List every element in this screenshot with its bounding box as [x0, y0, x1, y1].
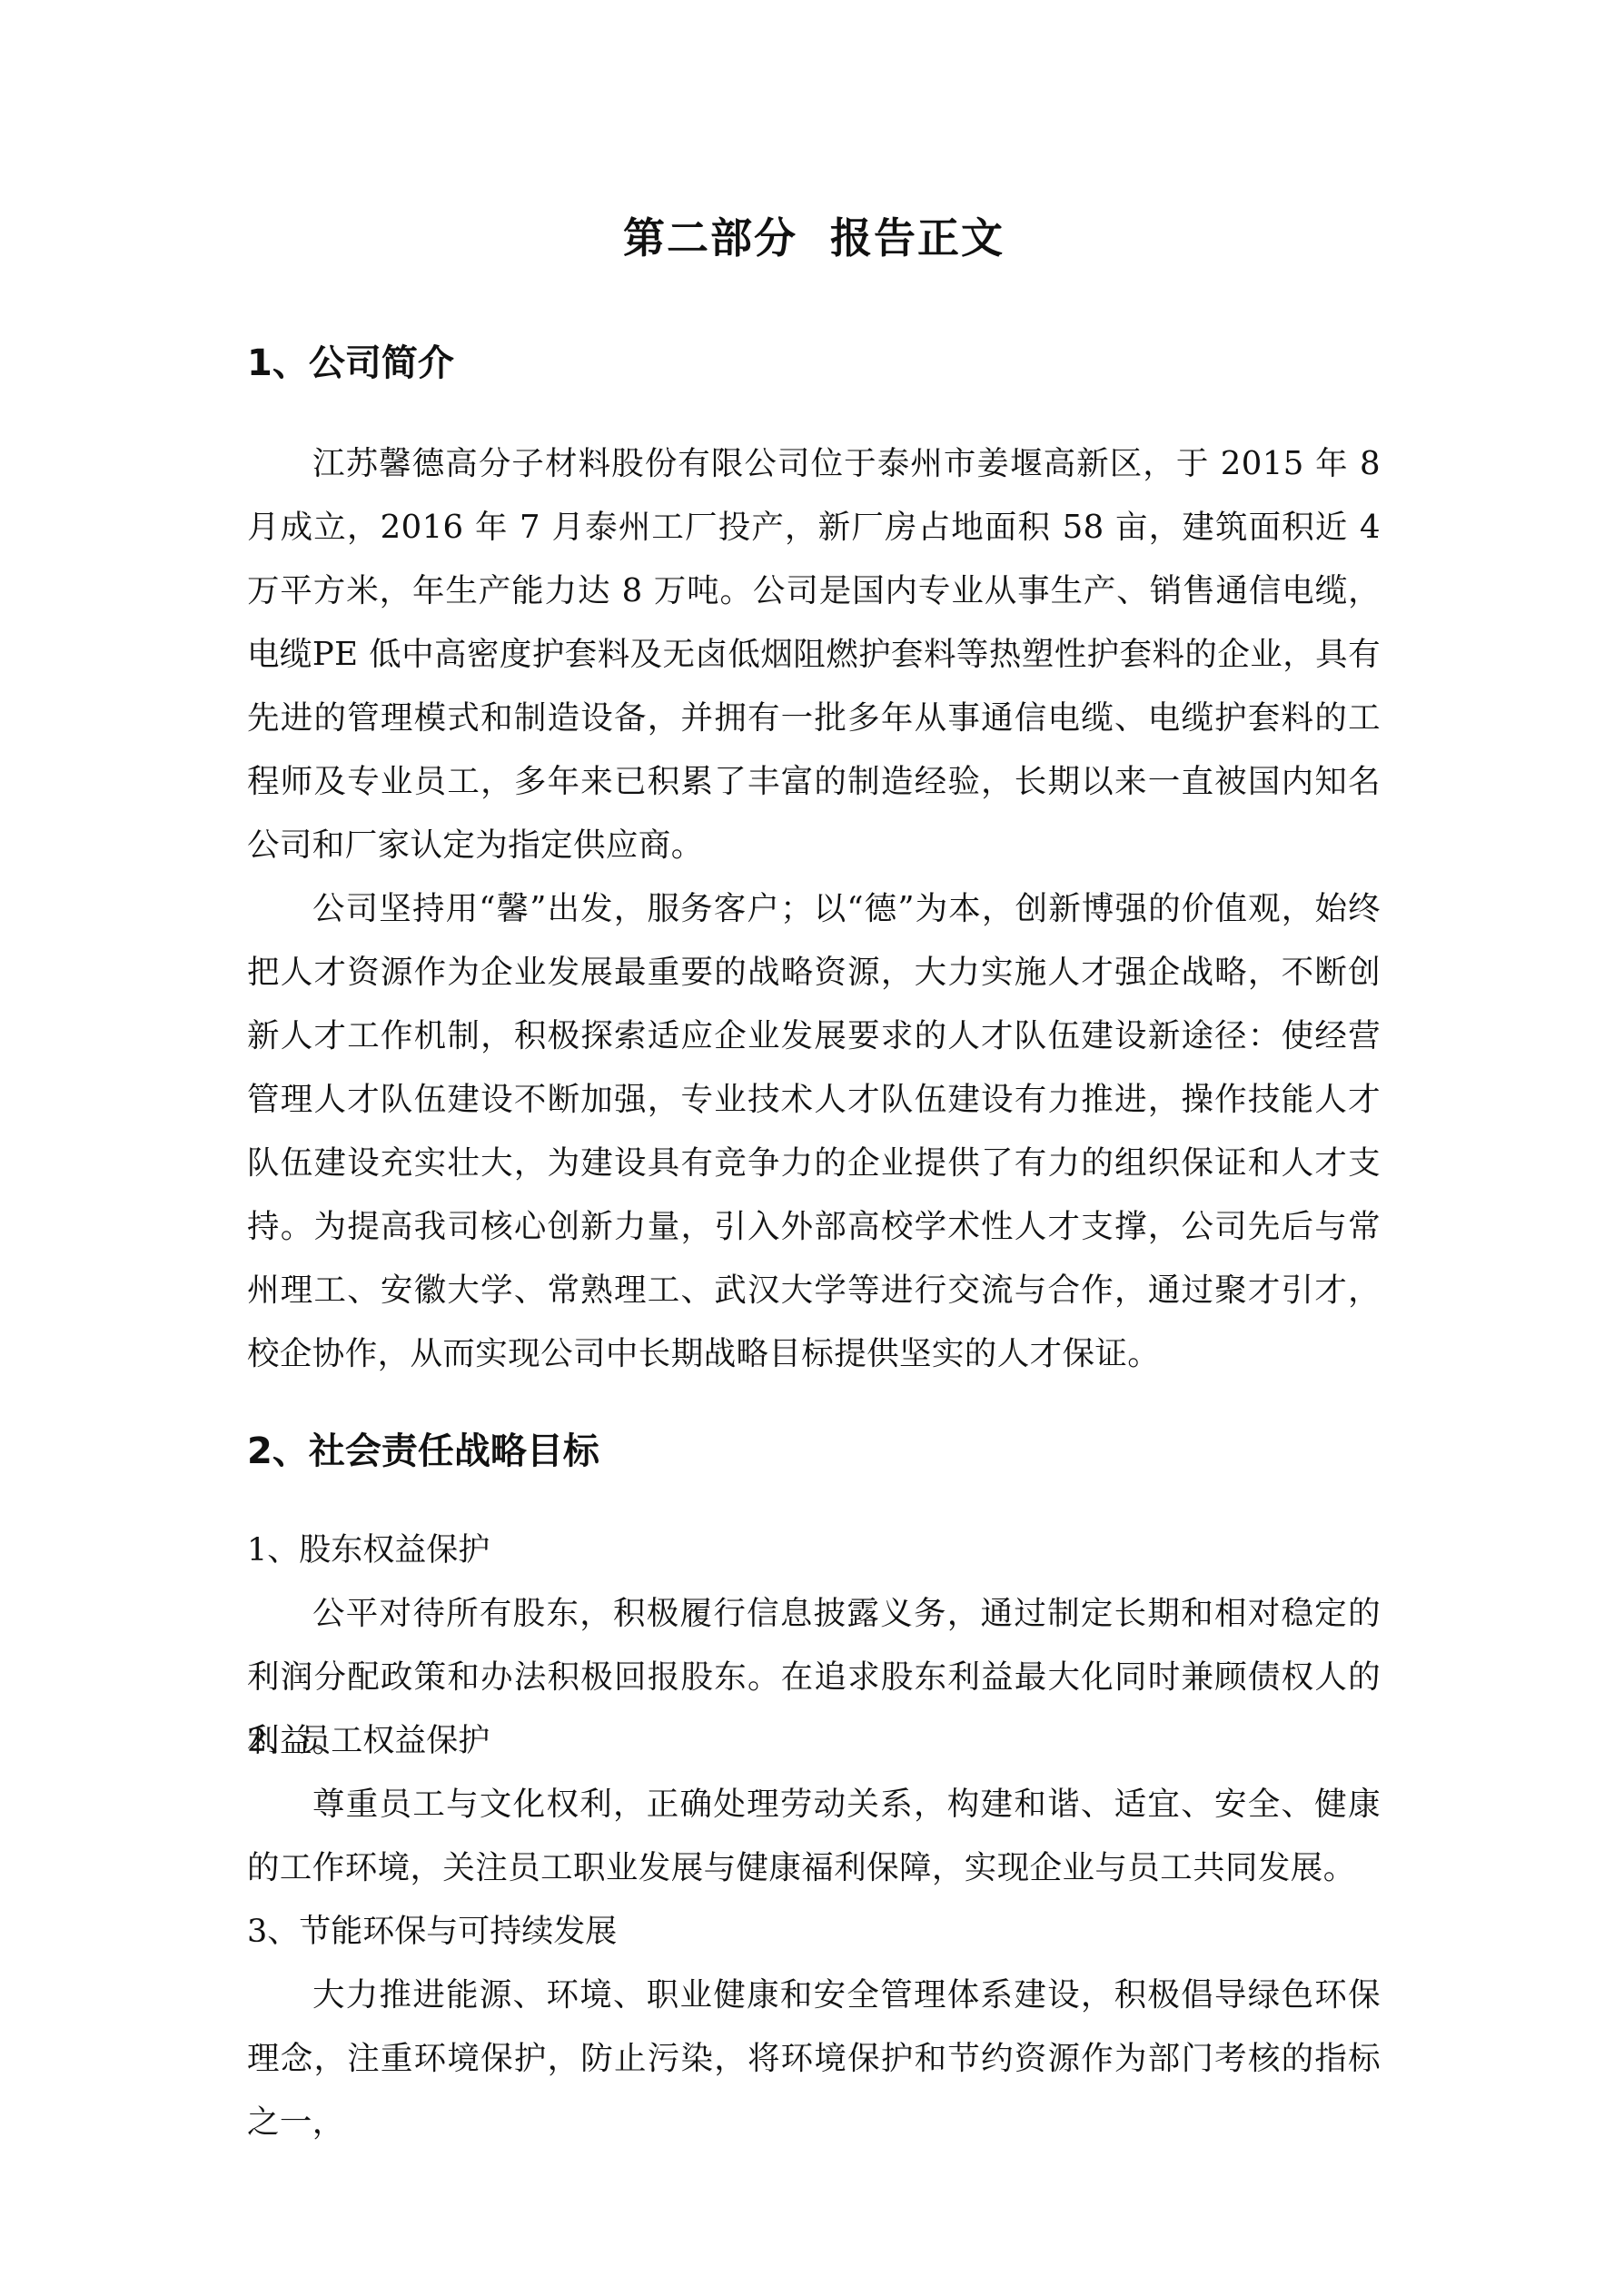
section-heading-social-responsibility: 2、社会责任战略目标 [247, 1426, 599, 1477]
paragraph-employee-rights: 尊重员工与文化权利，正确处理劳动关系，构建和谐、适宜、安全、健康的工作环境，关注… [247, 1773, 1381, 1900]
paragraph-sustainability: 大力推进能源、环境、职业健康和安全管理体系建设，积极倡导绿色环保理念，注重环境保… [247, 1964, 1381, 2154]
section-heading-company-profile: 1、公司简介 [247, 338, 454, 389]
paragraph-company-intro: 江苏馨德高分子材料股份有限公司位于泰州市姜堰高新区，于 2015 年 8 月成立… [247, 432, 1381, 877]
subsection-heading-sustainability: 3、节能环保与可持续发展 [247, 1909, 617, 1955]
page-title: 第二部分 报告正文 [247, 211, 1381, 265]
subsection-heading-shareholder-rights: 1、股东权益保护 [247, 1528, 490, 1573]
subsection-heading-employee-rights: 2、员工权益保护 [247, 1718, 490, 1764]
paragraph-talent-strategy: 公司坚持用“馨”出发，服务客户；以“德”为本，创新博强的价值观，始终把人才资源作… [247, 877, 1381, 1386]
